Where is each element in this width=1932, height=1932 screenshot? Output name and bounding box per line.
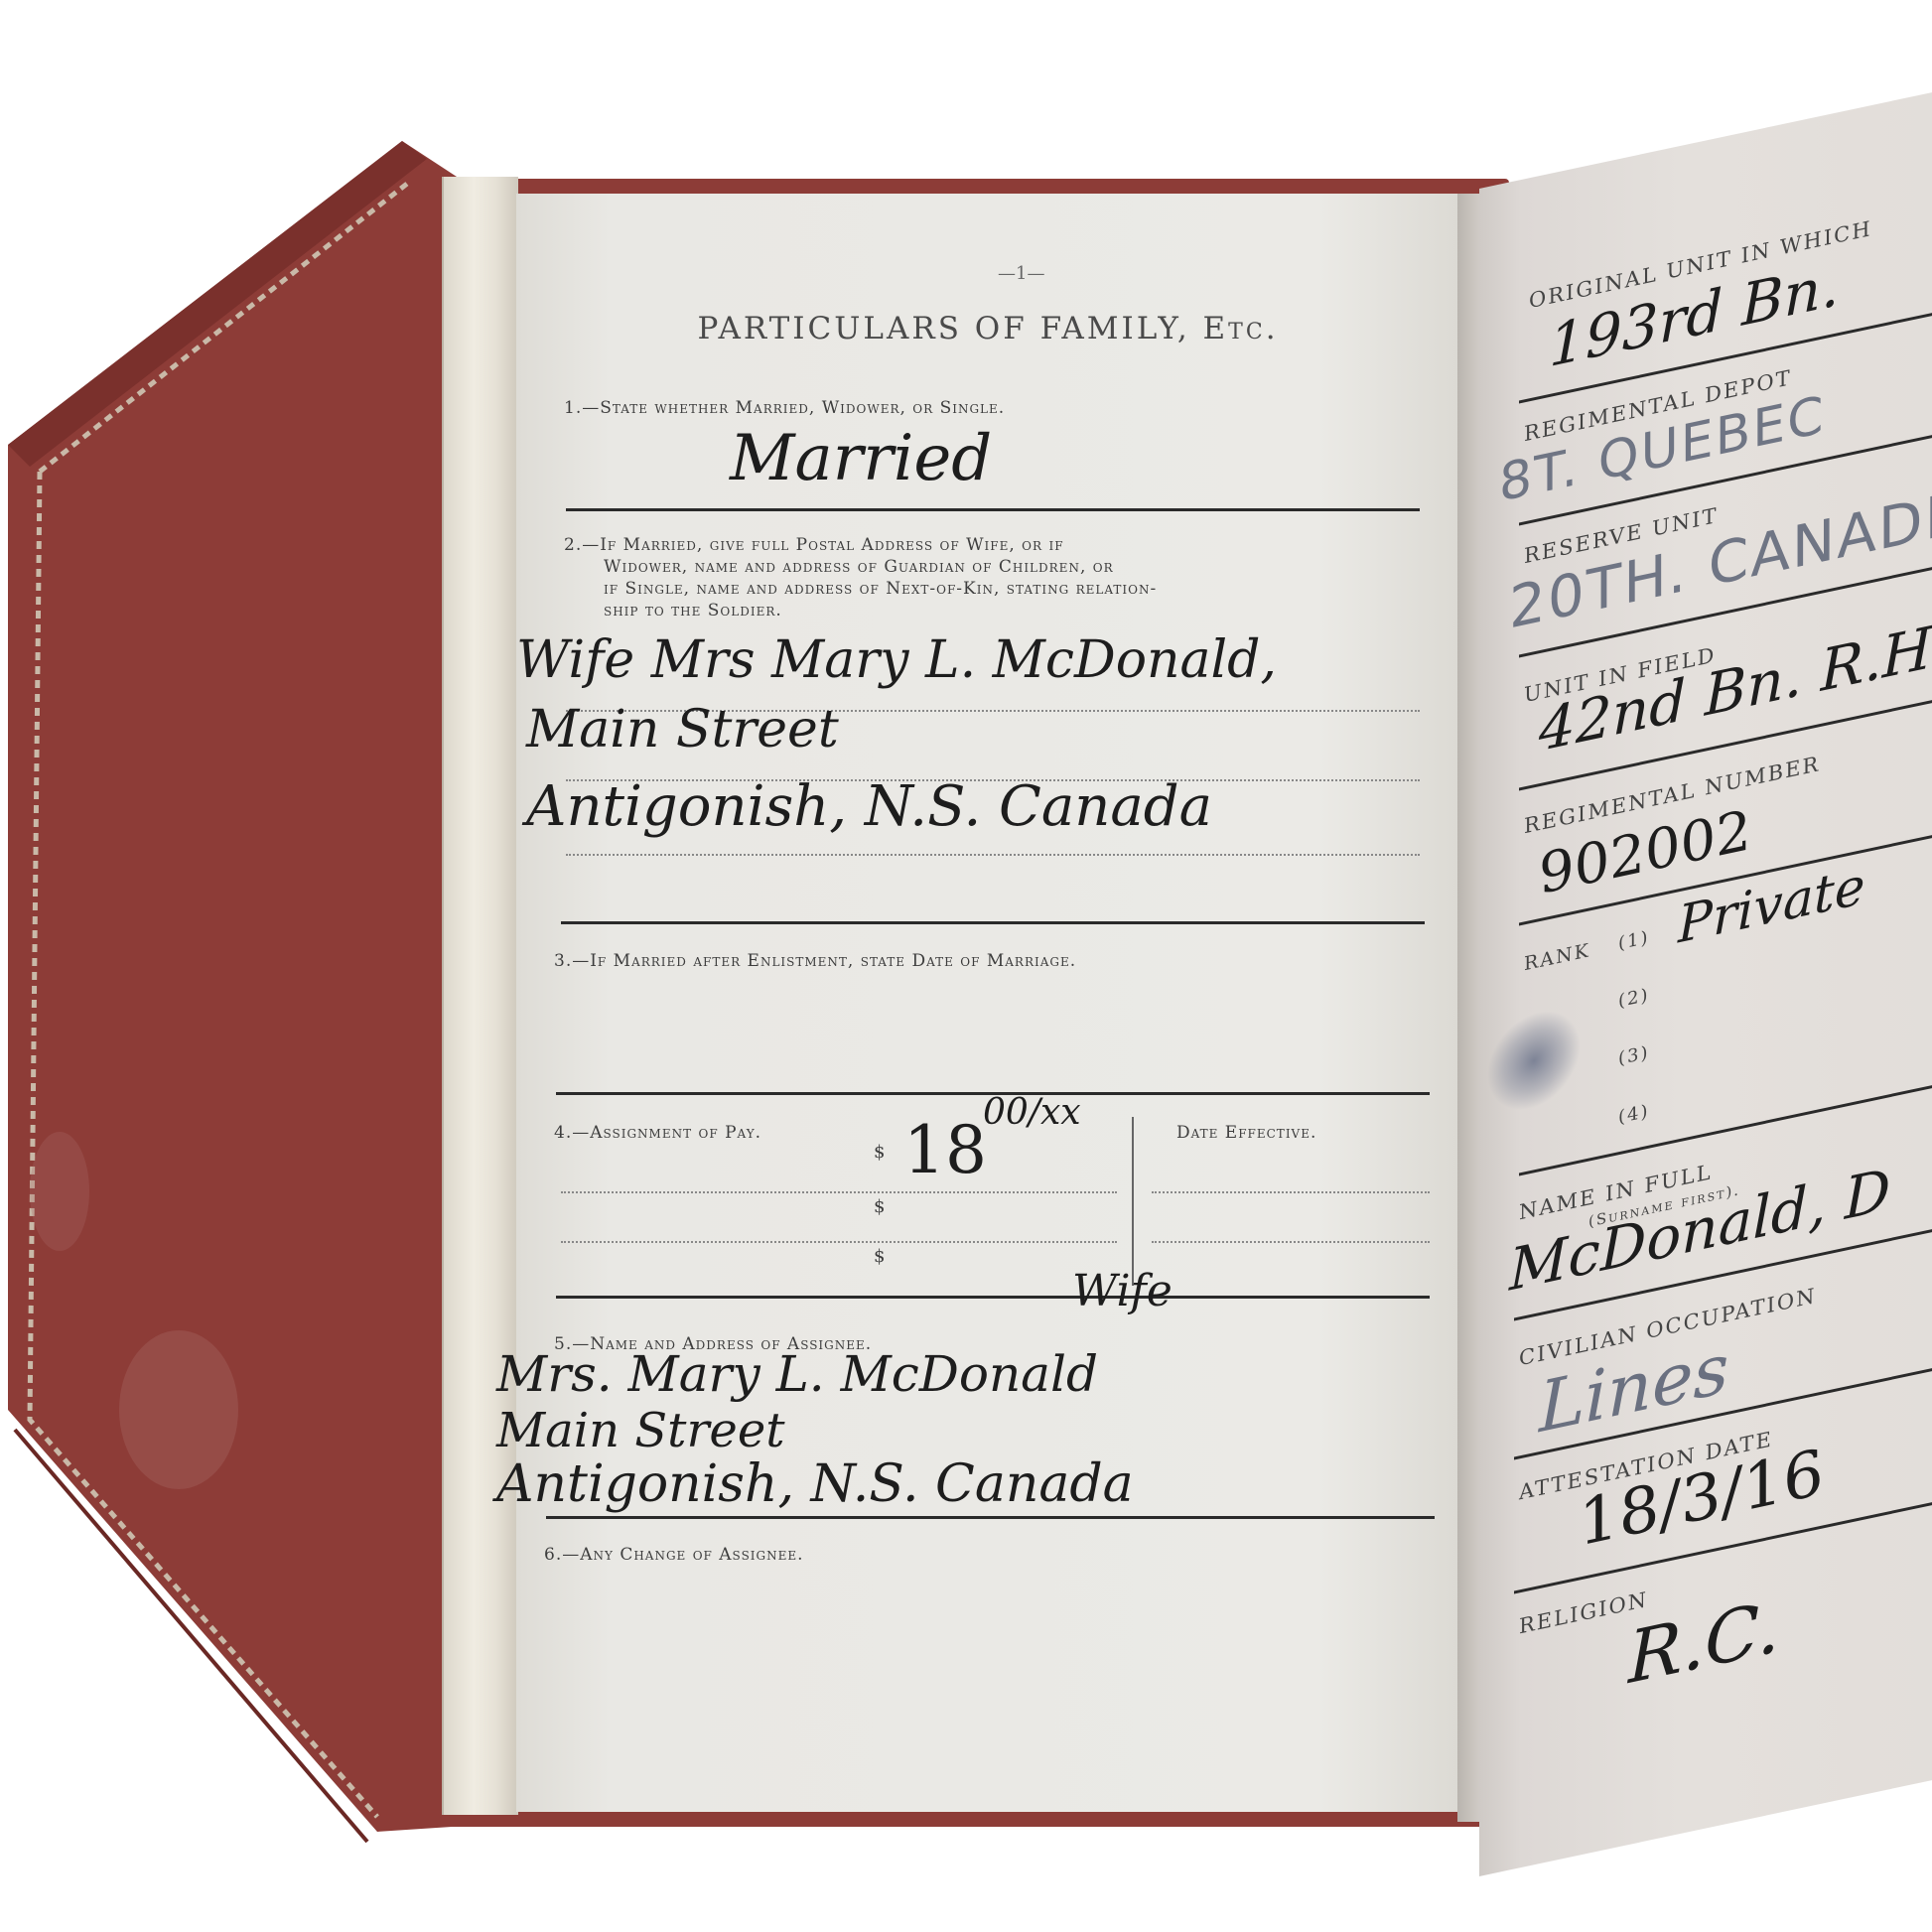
rank-slot: (1): [1618, 927, 1650, 955]
divider: [566, 508, 1420, 511]
question-2-answer-line-1: Wife Mrs Mary L. McDonald,: [516, 630, 1277, 690]
pay-cents: 00/xx: [983, 1092, 1081, 1133]
question-5-answer-line-2: Main Street: [496, 1403, 785, 1458]
dotted-line: [561, 1191, 1117, 1193]
page-gutter: [442, 177, 518, 1815]
question-1-label: 1.—State whether Married, Widower, or Si…: [564, 397, 1005, 419]
dotted-line: [1152, 1241, 1430, 1243]
question-5-answer-line-3: Antigonish, N.S. Canada: [496, 1454, 1134, 1514]
dollar-sign: $: [874, 1246, 886, 1268]
question-4-label: 4.—Assignment of Pay.: [554, 1122, 761, 1144]
q2-line: if Single, name and address of Next-of-K…: [564, 578, 1428, 600]
pay-amount: 18: [903, 1112, 987, 1188]
rank-slot: (3): [1618, 1042, 1650, 1070]
dollar-sign: $: [874, 1196, 886, 1218]
question-1-answer: Married: [730, 422, 992, 495]
question-2-label: 2.—If Married, give full Postal Address …: [564, 534, 1428, 621]
field-rank-label: RANK: [1524, 939, 1590, 975]
question-6-label: 6.—Any Change of Assignee.: [544, 1544, 804, 1566]
dotted-line: [566, 854, 1420, 856]
right-page: ORIGINAL UNIT IN WHICH 193rd Bn. REGIMEN…: [1479, 78, 1932, 1876]
question-3-label: 3.—If Married after Enlistment, state Da…: [554, 950, 1076, 972]
question-2-answer-line-2: Main Street: [526, 700, 839, 759]
divider: [556, 1296, 1430, 1299]
rank-slot: (2): [1618, 985, 1650, 1013]
q2-line: ship to the Soldier.: [564, 600, 1428, 621]
field-religion-value: R.C.: [1628, 1585, 1780, 1700]
date-effective-label: Date Effective.: [1176, 1122, 1316, 1144]
dollar-sign: $: [874, 1142, 886, 1164]
question-5-answer-line-1: Mrs. Mary L. McDonald: [496, 1345, 1098, 1403]
dotted-line: [1152, 1191, 1430, 1193]
divider: [546, 1516, 1435, 1519]
question-2-answer-line-3: Antigonish, N.S. Canada: [526, 774, 1212, 839]
divider: [561, 921, 1425, 924]
q2-line: 2.—If Married, give full Postal Address …: [564, 534, 1428, 556]
question-5-annotation: Wife: [1072, 1266, 1173, 1316]
dotted-line: [561, 1241, 1117, 1243]
page-number: —1—: [998, 263, 1044, 284]
rank-slot: (4): [1618, 1101, 1650, 1129]
page-title: PARTICULARS OF FAMILY, Etc.: [516, 311, 1459, 346]
ink-smudge: [1467, 995, 1599, 1127]
left-page: —1— PARTICULARS OF FAMILY, Etc. 1.—State…: [516, 194, 1459, 1812]
column-divider: [1132, 1117, 1134, 1286]
q2-line: Widower, name and address of Guardian of…: [564, 556, 1428, 578]
